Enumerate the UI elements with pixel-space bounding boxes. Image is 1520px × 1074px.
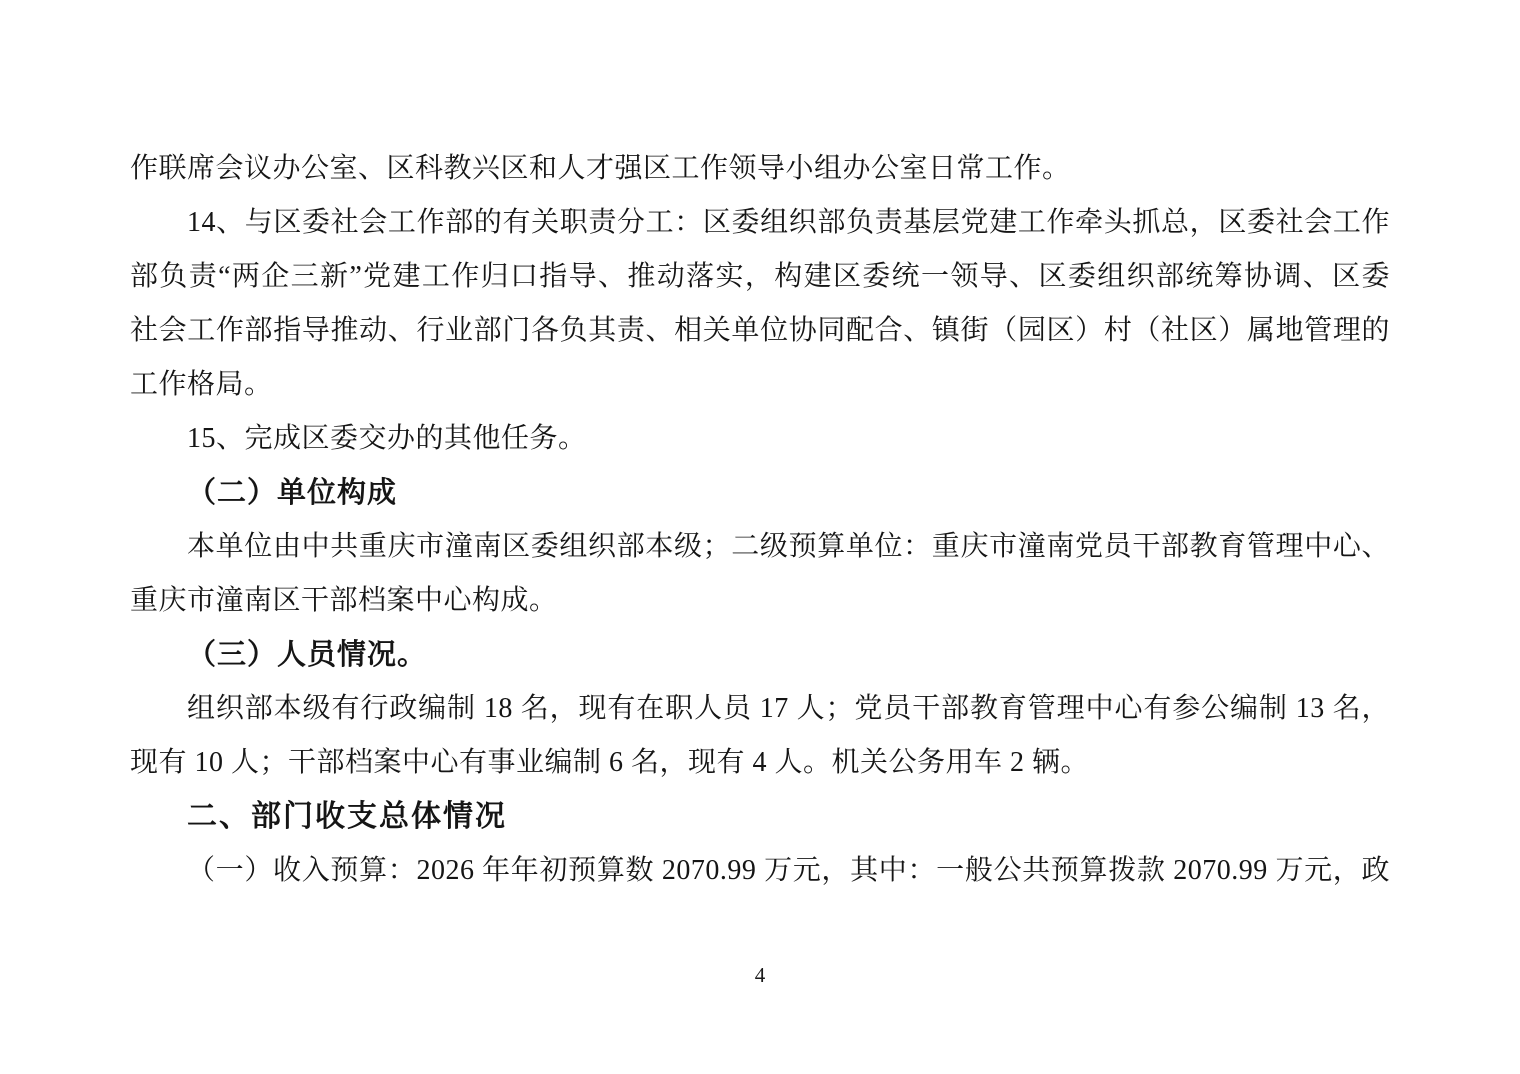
body-line-duty-15: 15、完成区委交办的其他任务。 xyxy=(130,412,1390,466)
heading-unit-composition: （二）单位构成 xyxy=(130,466,1390,520)
heading-revenue-expenditure-overview: 二、部门收支总体情况 xyxy=(130,790,1390,844)
body-line-continuation: 作联席会议办公室、区科教兴区和人才强区工作领导小组办公室日常工作。 xyxy=(130,142,1390,196)
body-line-personnel-1: 组织部本级有行政编制 18 名，现有在职人员 17 人；党员干部教育管理中心有参… xyxy=(130,682,1390,736)
body-line-duty-14-2: 部负责“两企三新”党建工作归口指导、推动落实，构建区委统一领导、区委组织部统筹协… xyxy=(130,250,1390,304)
body-line-duty-14-1: 14、与区委社会工作部的有关职责分工：区委组织部负责基层党建工作牵头抓总，区委社… xyxy=(130,196,1390,250)
document-content: 作联席会议办公室、区科教兴区和人才强区工作领导小组办公室日常工作。 14、与区委… xyxy=(130,142,1390,898)
body-line-unit-composition-2: 重庆市潼南区干部档案中心构成。 xyxy=(130,574,1390,628)
body-line-personnel-2: 现有 10 人；干部档案中心有事业编制 6 名，现有 4 人。机关公务用车 2 … xyxy=(130,736,1390,790)
document-page: 作联席会议办公室、区科教兴区和人才强区工作领导小组办公室日常工作。 14、与区委… xyxy=(0,0,1520,1074)
body-line-duty-14-3: 社会工作部指导推动、行业部门各负其责、相关单位协同配合、镇街（园区）村（社区）属… xyxy=(130,304,1390,358)
body-line-unit-composition-1: 本单位由中共重庆市潼南区委组织部本级；二级预算单位：重庆市潼南党员干部教育管理中… xyxy=(130,520,1390,574)
page-number: 4 xyxy=(0,958,1520,992)
body-line-duty-14-4: 工作格局。 xyxy=(130,358,1390,412)
heading-personnel-situation: （三）人员情况。 xyxy=(130,628,1390,682)
body-line-revenue-budget: （一）收入预算：2026 年年初预算数 2070.99 万元，其中：一般公共预算… xyxy=(130,844,1390,898)
